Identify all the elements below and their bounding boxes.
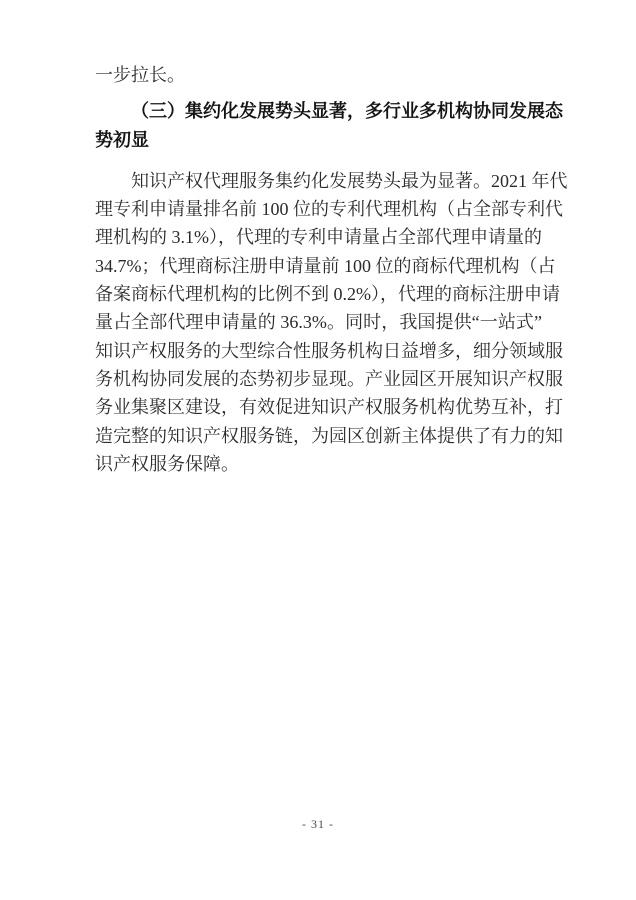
body-line: 造完整的知识产权服务链，为园区创新主体提供了有力的知 [95,422,542,450]
body-line: 务机构协同发展的态势初步显现。产业园区开展知识产权服 [95,365,542,393]
body-line: 知识产权服务的大型综合性服务机构日益增多，细分领域服 [95,337,542,365]
section-heading-line: （三）集约化发展势头显著，多行业多机构协同发展态 [95,97,542,125]
page-number: - 31 - [0,817,636,832]
body-line: 理机构的 3.1%），代理的专利申请量占全部代理申请量的 [95,223,542,251]
body-line: 务业集聚区建设，有效促进知识产权服务机构优势互补，打 [95,393,542,421]
section-heading: （三）集约化发展势头显著，多行业多机构协同发展态 势初显 [95,97,542,154]
body-line: 备案商标代理机构的比例不到 0.2%），代理的商标注册申请 [95,280,542,308]
trailing-paragraph-line: 一步拉长。 [95,61,542,89]
body-paragraph: 知识产权代理服务集约化发展势头最为显著。2021 年代 理专利申请量排名前 10… [95,167,542,478]
body-line: 识产权服务保障。 [95,450,542,478]
body-line: 34.7%；代理商标注册申请量前 100 位的商标代理机构（占 [95,252,542,280]
page-content: 一步拉长。 （三）集约化发展势头显著，多行业多机构协同发展态 势初显 知识产权代… [95,61,542,478]
body-line: 量占全部代理申请量的 36.3%。同时，我国提供“一站式” [95,308,542,336]
body-line: 理专利申请量排名前 100 位的专利代理机构（占全部专利代 [95,195,542,223]
document-page: 一步拉长。 （三）集约化发展势头显著，多行业多机构协同发展态 势初显 知识产权代… [0,0,636,900]
body-line: 知识产权代理服务集约化发展势头最为显著。2021 年代 [95,167,542,195]
section-heading-line: 势初显 [95,126,542,154]
